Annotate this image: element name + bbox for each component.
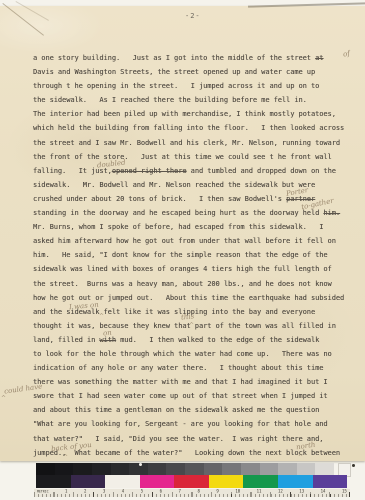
typed-line: and about this time a gentleman on the s… xyxy=(33,403,344,417)
color-patch xyxy=(36,475,71,488)
gray-patch xyxy=(36,463,55,475)
gray-patch xyxy=(55,463,74,475)
typed-line: him. He said, "I dont know for the simpl… xyxy=(33,248,344,262)
ruler-number: 7 xyxy=(179,490,181,494)
gray-patch xyxy=(260,463,279,475)
typed-line: standing in the doorway and he escaped b… xyxy=(33,206,344,220)
ruler-number: 1 xyxy=(65,490,67,494)
struck-text: him. xyxy=(323,209,340,217)
typed-line: land, filled in with mud. I then walked … xyxy=(33,333,344,347)
grayscale-calibration-bar xyxy=(36,463,334,475)
color-patch xyxy=(71,475,106,488)
ruler-number: 4 xyxy=(122,490,124,494)
ruler-number: 14 xyxy=(321,490,326,494)
ruler-number: 5 xyxy=(141,490,143,494)
ruler-label: METRIC xyxy=(37,490,49,494)
scan-speck xyxy=(139,463,142,466)
typed-line: indication of any hole or any water ther… xyxy=(33,361,344,375)
gray-patch xyxy=(204,463,223,475)
insertion-caret: ^ xyxy=(63,454,68,461)
ruler-number: 15 xyxy=(342,490,347,494)
typed-line: sidewalk was lined with boxes of oranges… xyxy=(33,262,344,276)
ruler-number: 6 xyxy=(160,490,162,494)
typed-line: "What are you looking for, Sergeant - ar… xyxy=(33,417,344,431)
gray-patch xyxy=(166,463,185,475)
ruler-number: 12 xyxy=(278,490,283,494)
ruler-number: 2 xyxy=(84,490,86,494)
gray-patch xyxy=(297,463,316,475)
typed-line: the sidewalk. As I reached there the bui… xyxy=(33,93,344,107)
gray-patch xyxy=(278,463,297,475)
gray-patch xyxy=(92,463,111,475)
ruler-number: 13 xyxy=(299,490,304,494)
typed-line: falling. It just,opened right there and … xyxy=(33,164,344,178)
ruler-number: 10 xyxy=(235,490,240,494)
typed-line: Davis and Washington Streets, the street… xyxy=(33,65,344,79)
gray-patch xyxy=(73,463,92,475)
typed-line: the street and I saw Mr. Bodwell and his… xyxy=(33,136,344,150)
gray-patch xyxy=(185,463,204,475)
insertion-caret: ^ xyxy=(99,313,104,320)
scanned-document-page: -2- a one story building. Just as I got … xyxy=(0,0,365,500)
handwritten-note-of: of xyxy=(342,49,350,58)
gray-patch xyxy=(315,463,334,475)
typed-line: the street. Burns was a heavy man, about… xyxy=(33,277,344,291)
insertion-caret: ^ xyxy=(100,340,105,347)
color-patch xyxy=(209,475,244,488)
insertion-caret: ^ xyxy=(298,454,303,461)
typed-line: which held the building from falling int… xyxy=(33,121,344,135)
metric-ruler: METRIC 123456789101112131415 xyxy=(34,489,350,497)
typed-line: Mr. Burns, whom I spoke of before, had e… xyxy=(33,220,344,234)
insertion-caret: ^ xyxy=(189,322,194,329)
struck-text: opened right there xyxy=(112,167,187,175)
typed-line: through t he opening in the street. I ju… xyxy=(33,79,344,93)
color-patch xyxy=(278,475,313,488)
page-number: -2- xyxy=(185,12,201,20)
struck-text: at xyxy=(315,54,323,62)
typed-line: The interior had been piled up with merc… xyxy=(33,107,344,121)
handwritten-note-on: on xyxy=(103,329,113,338)
typed-line: to look for the hole through which the w… xyxy=(33,347,344,361)
typed-text-block: a one story building. Just as I got into… xyxy=(33,51,344,460)
color-calibration-bar xyxy=(36,475,347,488)
typed-line: a one story building. Just as I got into… xyxy=(33,51,344,65)
gray-patch xyxy=(111,463,130,475)
scan-speck xyxy=(352,464,355,467)
typed-line: swore that I had seen water come up out … xyxy=(33,389,344,403)
color-patch xyxy=(105,475,140,488)
color-patch xyxy=(313,475,348,488)
color-patch xyxy=(243,475,278,488)
ruler-number: 9 xyxy=(216,490,218,494)
insertion-caret: ^ xyxy=(1,395,6,402)
color-patch xyxy=(140,475,175,488)
gray-patch xyxy=(222,463,241,475)
typed-line: the front of the store. Just at this tim… xyxy=(33,150,344,164)
ruler-number: 3 xyxy=(103,490,105,494)
gray-patch xyxy=(148,463,167,475)
color-patch xyxy=(174,475,209,488)
gray-patch xyxy=(241,463,260,475)
typed-line: asked him afterward how he got out from … xyxy=(33,234,344,248)
ruler-number: 8 xyxy=(197,490,199,494)
ruler-number: 11 xyxy=(257,490,262,494)
typed-line: there was something the matter with me a… xyxy=(33,375,344,389)
handwritten-note-this: this xyxy=(181,312,195,321)
